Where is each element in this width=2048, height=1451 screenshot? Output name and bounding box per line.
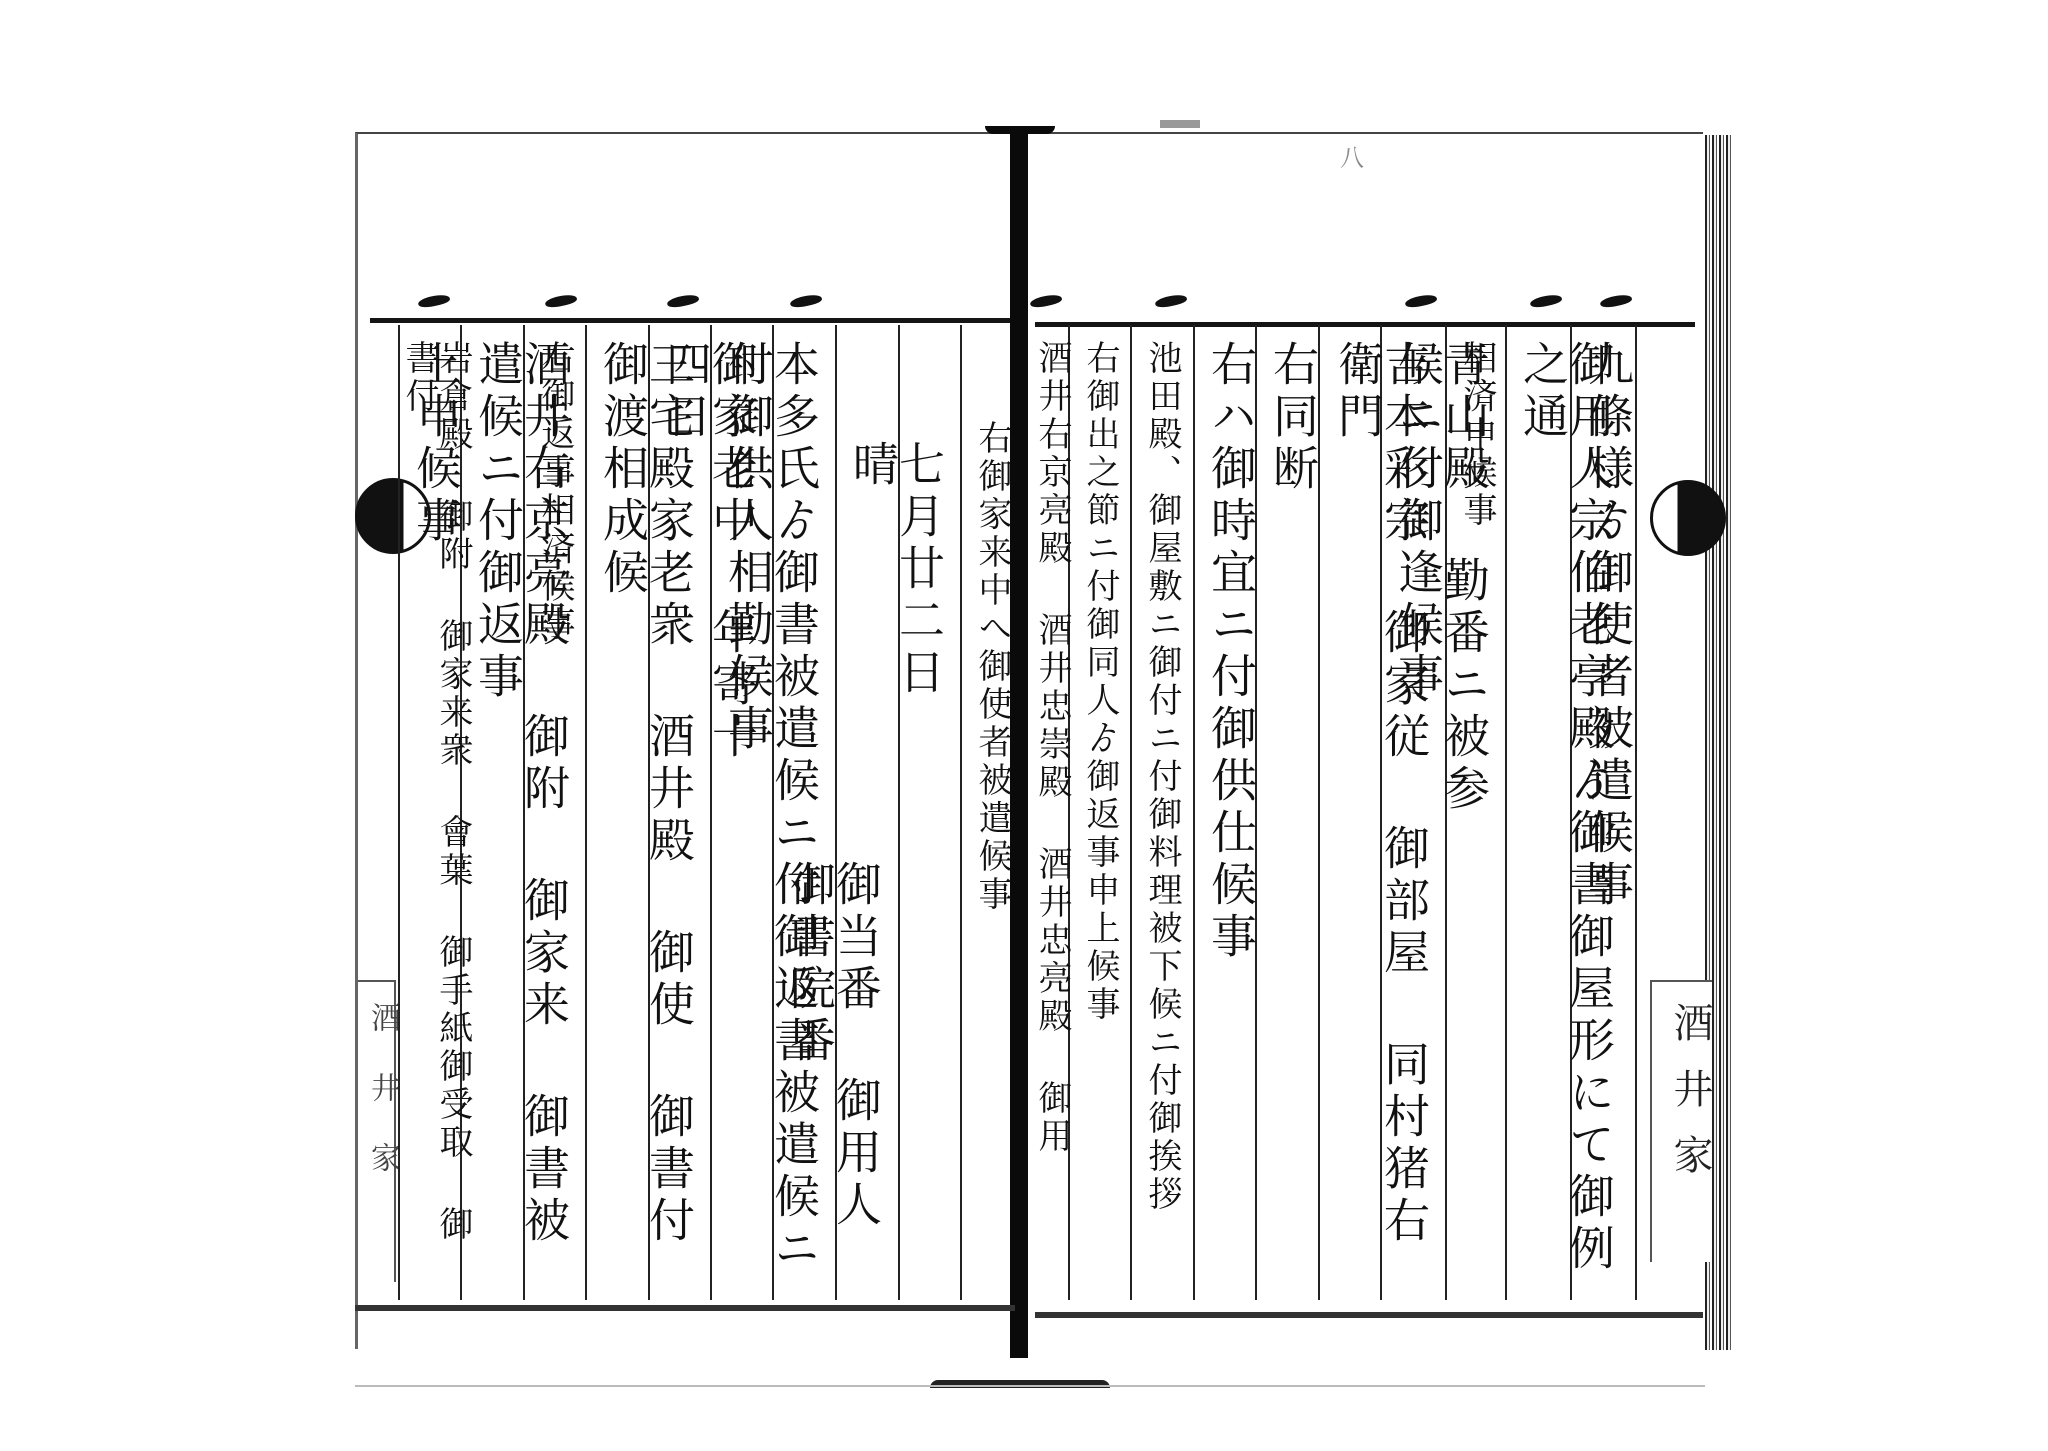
binding-knob-icon [1650,480,1726,556]
spine-label-text: 酒井家 [1662,1002,1719,1200]
header-rule-left [370,318,1010,323]
text-column: 酒井右京亮殿 酒井忠崇殿 酒井忠亮殿 御用 [1035,340,1069,1280]
footer-rule-left [355,1305,1015,1311]
left-spine-label-box: 酒井家 [358,980,396,1282]
column-divider [1635,325,1637,1300]
page-bottom-edge [355,1385,1705,1387]
text-column: 岩倉殿 御附 御家来衆 會葉 御手紙御受取 御書付 [402,340,470,1280]
column-divider [1193,325,1195,1300]
text-column: 酒井右京亮殿 御附 御家来 御書被遣候ニ付御返事 [475,340,567,1280]
text-column: 吉本彩宗 御家従 御部屋 同村猪右衛門 [1335,340,1427,1260]
text-column: 御用人宗伯老亭殿ゟ御書御屋形にて御例之通 [1520,340,1612,1280]
header-rule-right [1035,322,1695,327]
text-column: 池田殿、御屋敷ニ御付ニ付御料理被下候ニ付御挨拶 [1145,340,1179,1290]
top-annotation: 八 [1340,138,1364,173]
column-divider [960,325,962,1300]
column-divider [1505,325,1507,1300]
column-divider [398,325,400,1300]
column-divider [585,325,587,1300]
top-strip [1160,120,1200,128]
date-column: 七月廿二日 晴 [850,440,942,740]
text-column: 右御家来中へ御使者被遣候事 [975,420,1009,1240]
spine-label-box: 酒井家 [1650,980,1712,1262]
book-spine [1010,128,1028,1358]
footer-rule-right [1035,1312,1703,1318]
text-column: 右ハ御時宜ニ付御供仕候事 [1208,340,1254,1040]
text-column: 右同断 [1270,340,1316,540]
text-column: 右御出之節ニ付御同人ゟ御返事申上候事 [1083,340,1117,1140]
column-divider [1130,325,1132,1300]
text-column: 三宅殿家老衆 酒井殿 御使 御書付御渡相成候 [600,340,692,1280]
